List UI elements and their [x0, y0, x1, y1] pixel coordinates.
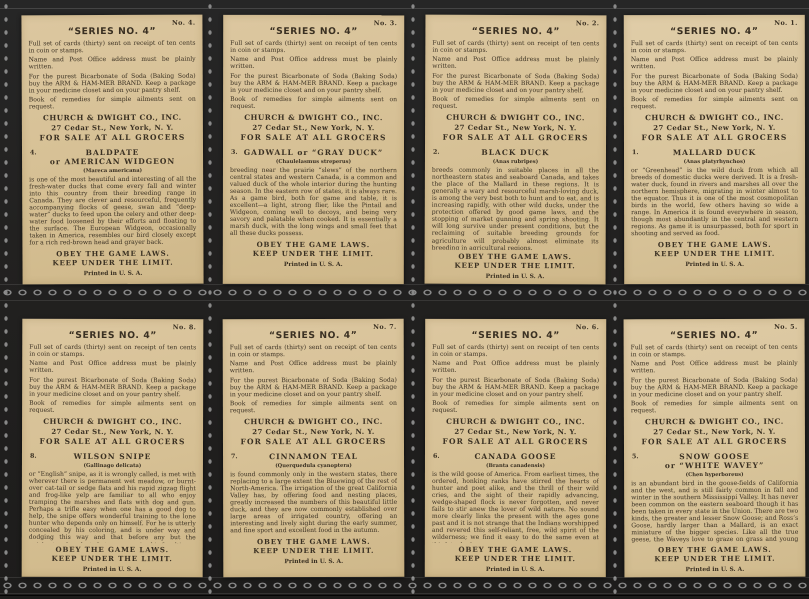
game-laws-line2: KEEP UNDER THE LIMIT. — [432, 555, 599, 564]
game-laws-lines: OBEY THE GAME LAWS. KEEP UNDER THE LIMIT… — [230, 241, 397, 258]
bird-latin-name: (Anas rubripes) — [432, 158, 599, 165]
company-address: 27 Cedar St., New York, N. Y. — [29, 124, 196, 133]
bird-description: is an abundant bird in the goose-fields … — [631, 480, 798, 543]
bird-title-block: 5. SNOW GOOSE or “WHITE WAVEY” — [631, 452, 798, 471]
trading-card-snow-goose: No. 5. “SERIES NO. 4” Full set of cards … — [624, 319, 806, 578]
grocers-line: FOR SALE AT ALL GROCERS — [432, 438, 599, 447]
bird-title: CINNAMON TEAL — [230, 452, 397, 461]
bird-latin-name: (Anas platyrhynchos) — [631, 158, 798, 164]
offer-name-address: Name and Post Office address must be pla… — [432, 360, 599, 374]
offer-bicarbonate: For the purest Bicarbonate of Soda (Baki… — [29, 72, 196, 94]
offer-bicarbonate: For the purest Bicarbonate of Soda (Baki… — [631, 376, 798, 398]
offer-bicarbonate: For the purest Bicarbonate of Soda (Baki… — [230, 73, 397, 94]
offer-name-address: Name and Post Office address must be pla… — [29, 360, 196, 374]
offer-book: Book of remedies for simple ailments sen… — [230, 96, 397, 110]
offer-bicarbonate: For the purest Bicarbonate of Soda (Baki… — [432, 72, 599, 94]
bird-number: 3. — [231, 149, 238, 156]
game-laws-lines: OBEY THE GAME LAWS. KEEP UNDER THE LIMIT… — [432, 253, 599, 271]
album-bottom-edge — [0, 595, 809, 596]
offer-book: Book of remedies for simple ailments sen… — [631, 96, 798, 110]
offer-book: Book of remedies for simple ailments sen… — [432, 96, 599, 111]
bird-latin-name: (Chen hyperboreus) — [631, 471, 798, 478]
chain-stitch-strip — [0, 284, 809, 301]
game-laws-lines: OBEY THE GAME LAWS. KEEP UNDER THE LIMIT… — [29, 546, 196, 564]
bird-description: is one of the most beautiful and interes… — [29, 176, 196, 247]
bird-title-block: 8. WILSON SNIPE — [29, 452, 196, 461]
company-name: CHURCH & DWIGHT CO., INC. — [29, 418, 196, 427]
grocers-line: FOR SALE AT ALL GROCERS — [432, 134, 599, 143]
game-laws-lines: OBEY THE GAME LAWS. KEEP UNDER THE LIMIT… — [631, 546, 798, 564]
bird-title-block: 4. BALDPATE or AMERICAN WIDGEON — [29, 148, 196, 167]
bird-title: CANADA GOOSE — [432, 452, 599, 461]
offer-bicarbonate: For the purest Bicarbonate of Soda (Baki… — [29, 377, 196, 398]
bird-title-line2: or AMERICAN WIDGEON — [29, 157, 196, 167]
company-name: CHURCH & DWIGHT CO., INC. — [29, 114, 196, 123]
company-address: 27 Cedar St., New York, N. Y. — [432, 428, 599, 436]
bird-description: or “English” snipe, as it is wrongly cal… — [29, 471, 196, 543]
company-name: CHURCH & DWIGHT CO., INC. — [631, 114, 798, 123]
bird-title-line2: or “WHITE WAVEY” — [631, 461, 798, 471]
bird-title-block: 7. CINNAMON TEAL — [230, 452, 397, 461]
printed-line: Printed in U. S. A. — [432, 273, 599, 281]
chain-stitch-strip — [0, 577, 809, 594]
bird-title-block: 6. CANADA GOOSE — [432, 452, 599, 461]
trading-card-canada-goose: No. 6. “SERIES NO. 4” Full set of cards … — [425, 319, 606, 577]
printed-line: Printed in U. S. A. — [30, 269, 197, 277]
offer-book: Book of remedies for simple ailments sen… — [29, 400, 196, 414]
bird-title: GADWALL or “GRAY DUCK” — [230, 148, 397, 157]
bird-number: 2. — [433, 149, 440, 156]
company-name: CHURCH & DWIGHT CO., INC. — [432, 418, 599, 427]
bird-latin-name: (Querquedula cyanoptera) — [230, 462, 397, 468]
series-title: “SERIES NO. 4” — [432, 331, 599, 341]
game-laws-lines: OBEY THE GAME LAWS. KEEP UNDER THE LIMIT… — [29, 250, 196, 268]
company-address: 27 Cedar St., New York, N. Y. — [631, 124, 798, 132]
trading-card-mallard: No. 1. “SERIES NO. 4” Full set of cards … — [624, 15, 805, 284]
bird-description: breeds commonly in suitable places in al… — [432, 167, 599, 250]
company-address: 27 Cedar St., New York, N. Y. — [230, 428, 397, 436]
bird-title-block: 1. MALLARD DUCK — [631, 148, 798, 157]
bird-number: 5. — [632, 453, 639, 460]
bird-title-block: 3. GADWALL or “GRAY DUCK” — [230, 148, 397, 157]
game-laws-line2: KEEP UNDER THE LIMIT. — [631, 249, 798, 258]
offer-name-address: Name and Post Office address must be pla… — [631, 56, 798, 70]
grocers-line: FOR SALE AT ALL GROCERS — [631, 438, 798, 447]
company-name: CHURCH & DWIGHT CO., INC. — [230, 418, 397, 427]
bird-number: 6. — [433, 453, 440, 460]
printed-line: Printed in U. S. A. — [29, 566, 196, 573]
company-name: CHURCH & DWIGHT CO., INC. — [631, 418, 798, 427]
offer-full-set: Full set of cards (thirty) sent on recei… — [631, 344, 798, 359]
trading-card-cinnamon-teal: No. 7. “SERIES NO. 4” Full set of cards … — [223, 319, 405, 577]
offer-full-set: Full set of cards (thirty) sent on recei… — [631, 40, 798, 54]
offer-full-set: Full set of cards (thirty) sent on recei… — [29, 40, 196, 55]
bird-latin-name: (Branta canadensis) — [432, 462, 599, 468]
grocers-line: FOR SALE AT ALL GROCERS — [631, 134, 798, 143]
offer-full-set: Full set of cards (thirty) sent on recei… — [432, 344, 599, 358]
bird-number: 4. — [30, 149, 37, 156]
offer-name-address: Name and Post Office address must be pla… — [29, 56, 196, 71]
printed-line: Printed in U. S. A. — [631, 566, 798, 574]
company-address: 27 Cedar St., New York, N. Y. — [432, 124, 599, 133]
game-laws-line2: KEEP UNDER THE LIMIT. — [230, 546, 397, 555]
bird-latin-name: (Mareca americana) — [29, 167, 196, 174]
game-laws-lines: OBEY THE GAME LAWS. KEEP UNDER THE LIMIT… — [432, 546, 599, 563]
offer-bicarbonate: For the purest Bicarbonate of Soda (Baki… — [432, 377, 599, 398]
offer-name-address: Name and Post Office address must be pla… — [631, 360, 798, 375]
bird-latin-name: (Gallinago delicata) — [29, 462, 196, 468]
printed-line: Printed in U. S. A. — [432, 566, 599, 573]
grocers-line: FOR SALE AT ALL GROCERS — [29, 438, 196, 447]
series-title: “SERIES NO. 4” — [29, 331, 196, 341]
series-title: “SERIES NO. 4” — [631, 331, 798, 342]
printed-line: Printed in U. S. A. — [230, 261, 397, 268]
company-name: CHURCH & DWIGHT CO., INC. — [230, 114, 397, 123]
game-laws-line2: KEEP UNDER THE LIMIT. — [29, 555, 196, 564]
company-name: CHURCH & DWIGHT CO., INC. — [432, 114, 599, 123]
bird-description: breeding near the prairie “slews” of the… — [230, 167, 397, 238]
company-address: 27 Cedar St., New York, N. Y. — [29, 428, 196, 436]
trading-card-gadwall: No. 3. “SERIES NO. 4” Full set of cards … — [223, 15, 404, 284]
series-title: “SERIES NO. 4” — [230, 27, 397, 37]
offer-book: Book of remedies for simple ailments sen… — [631, 400, 798, 415]
bird-number: 8. — [30, 453, 37, 460]
offer-name-address: Name and Post Office address must be pla… — [432, 56, 599, 71]
grocers-line: FOR SALE AT ALL GROCERS — [230, 438, 397, 447]
game-laws-lines: OBEY THE GAME LAWS. KEEP UNDER THE LIMIT… — [631, 241, 798, 258]
game-laws-line2: KEEP UNDER THE LIMIT. — [230, 249, 397, 258]
bird-latin-name: (Chaulelasmus streperus) — [230, 158, 397, 164]
grocers-line: FOR SALE AT ALL GROCERS — [230, 134, 397, 143]
series-title: “SERIES NO. 4” — [432, 27, 599, 38]
offer-full-set: Full set of cards (thirty) sent on recei… — [230, 344, 397, 358]
bird-description: is found commonly only in the western st… — [230, 471, 397, 535]
bird-title: WILSON SNIPE — [29, 452, 196, 461]
offer-bicarbonate: For the purest Bicarbonate of Soda (Baki… — [631, 73, 798, 94]
bird-title-block: 2. BLACK DUCK — [432, 148, 599, 158]
trading-card-baldpate: No. 4. “SERIES NO. 4” Full set of cards … — [21, 15, 203, 285]
printed-line: Printed in U. S. A. — [631, 261, 798, 268]
offer-book: Book of remedies for simple ailments sen… — [29, 96, 196, 111]
offer-full-set: Full set of cards (thirty) sent on recei… — [432, 40, 599, 55]
bird-description: or “Greenhead” is the wild duck from whi… — [631, 167, 798, 238]
bird-title: BLACK DUCK — [432, 148, 599, 158]
game-laws-lines: OBEY THE GAME LAWS. KEEP UNDER THE LIMIT… — [230, 538, 397, 556]
offer-book: Book of remedies for simple ailments sen… — [230, 400, 397, 414]
grocers-line: FOR SALE AT ALL GROCERS — [29, 134, 196, 143]
offer-book: Book of remedies for simple ailments sen… — [432, 400, 599, 414]
series-title: “SERIES NO. 4” — [631, 27, 798, 37]
offer-full-set: Full set of cards (thirty) sent on recei… — [230, 40, 397, 54]
bird-number: 7. — [231, 453, 238, 460]
offer-bicarbonate: For the purest Bicarbonate of Soda (Baki… — [230, 377, 397, 398]
trading-card-black-duck: No. 2. “SERIES NO. 4” Full set of cards … — [425, 15, 607, 285]
album-top-edge — [0, 8, 809, 9]
trading-card-wilson-snipe: No. 8. “SERIES NO. 4” Full set of cards … — [22, 319, 204, 577]
bird-description: is the wild goose of America. From earli… — [432, 471, 599, 543]
game-laws-line2: KEEP UNDER THE LIMIT. — [432, 262, 599, 271]
series-title: “SERIES NO. 4” — [230, 331, 397, 341]
offer-full-set: Full set of cards (thirty) sent on recei… — [29, 344, 196, 358]
game-laws-line2: KEEP UNDER THE LIMIT. — [631, 555, 798, 564]
company-address: 27 Cedar St., New York, N. Y. — [230, 124, 397, 132]
bird-title: MALLARD DUCK — [631, 148, 798, 157]
series-title: “SERIES NO. 4” — [28, 27, 195, 38]
game-laws-line2: KEEP UNDER THE LIMIT. — [29, 258, 196, 267]
offer-name-address: Name and Post Office address must be pla… — [230, 56, 397, 70]
bird-number: 1. — [632, 149, 639, 156]
company-address: 27 Cedar St., New York, N. Y. — [631, 428, 798, 437]
printed-line: Printed in U. S. A. — [230, 557, 397, 564]
offer-name-address: Name and Post Office address must be pla… — [230, 360, 397, 374]
